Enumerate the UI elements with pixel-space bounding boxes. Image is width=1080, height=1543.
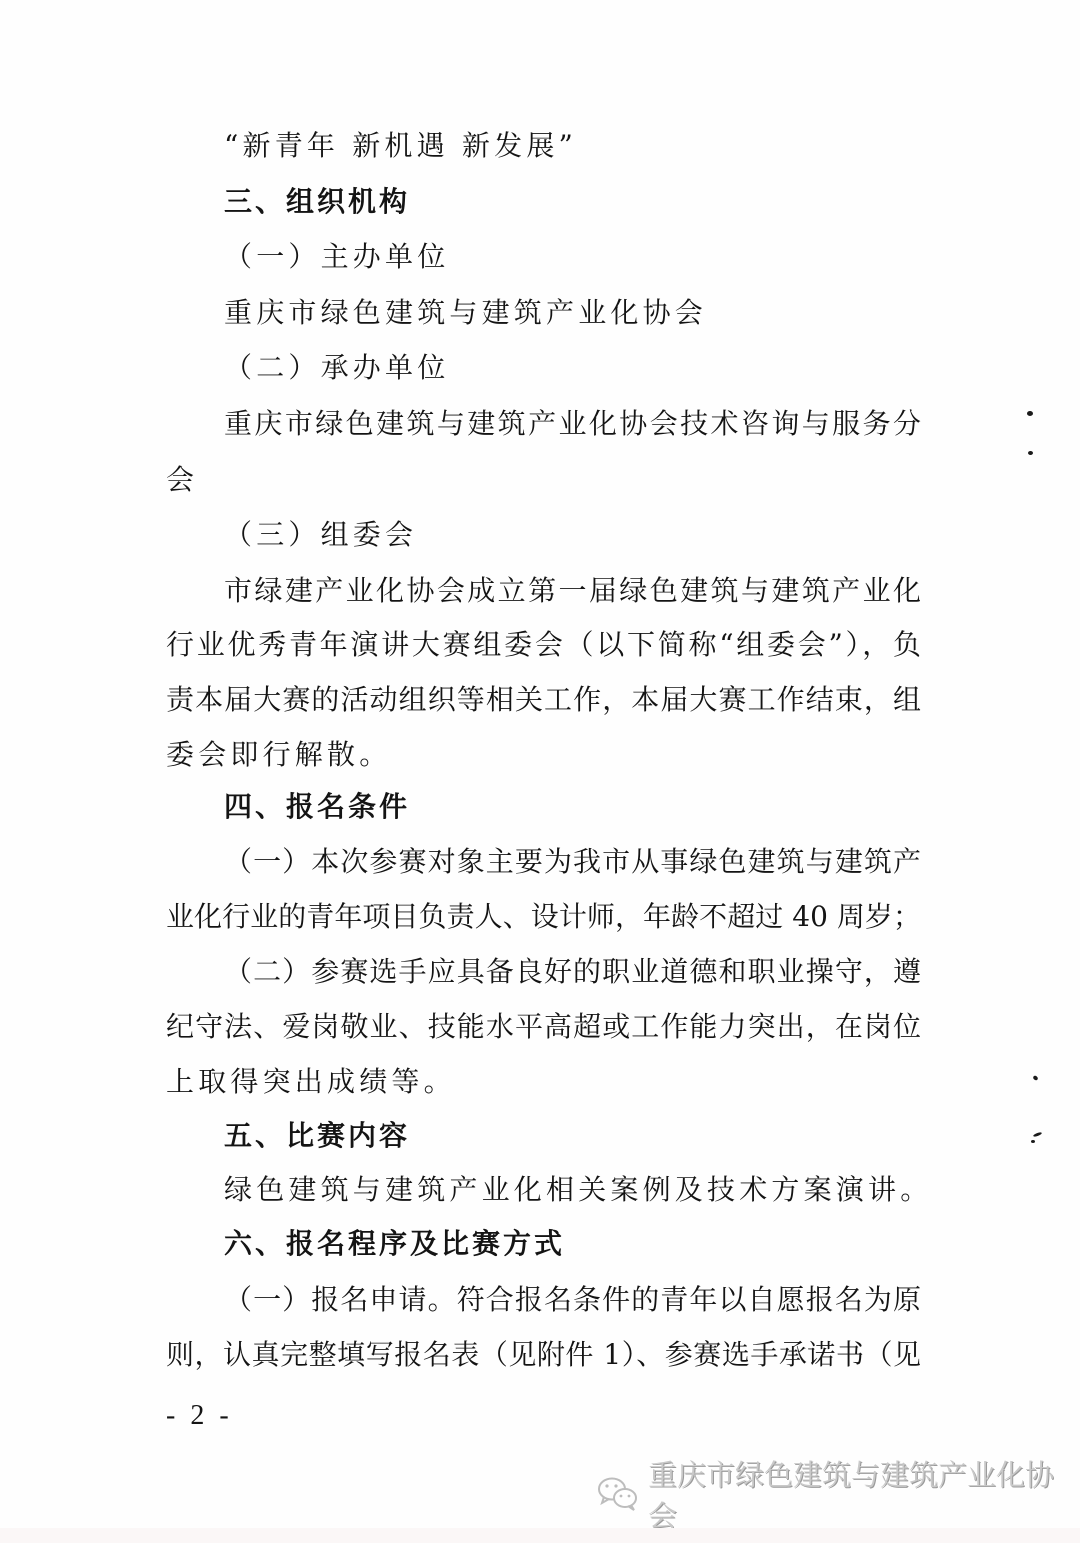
scan-speck bbox=[1033, 1132, 1042, 1138]
procedure-1-line-1: （一）报名申请。符合报名条件的青年以自愿报名为原 bbox=[224, 1282, 921, 1318]
watermark-text: 重庆市绿色建筑与建筑产业化协会 bbox=[648, 1453, 1080, 1535]
eligibility-1-line-2: 业化行业的青年项目负责人、设计师，年龄不超过 40 周岁； bbox=[166, 899, 921, 935]
content-description: 绿色建筑与建筑产业化相关案例及技术方案演讲。 bbox=[224, 1172, 984, 1208]
committee-paragraph-line-1: 市绿建产业化协会成立第一届绿色建筑与建筑产业化 bbox=[224, 573, 921, 609]
section-heading-procedure: 六、报名程序及比赛方式 bbox=[224, 1226, 984, 1262]
scan-speck bbox=[1032, 1075, 1038, 1081]
organizer-line-1: 重庆市绿色建筑与建筑产业化协会技术咨询与服务分 bbox=[224, 406, 921, 442]
section-heading-content: 五、比赛内容 bbox=[224, 1118, 984, 1154]
committee-paragraph-line-3: 责本届大赛的活动组织等相关工作，本届大赛工作结束，组 bbox=[166, 682, 921, 718]
subheading-committee: （三）组委会 bbox=[224, 517, 984, 553]
procedure-1-line-2: 则，认真完整填写报名表（见附件 1）、参赛选手承诺书（见 bbox=[166, 1337, 921, 1373]
subheading-host: （一）主办单位 bbox=[224, 239, 984, 275]
section-heading-eligibility: 四、报名条件 bbox=[224, 789, 984, 825]
eligibility-2-line-2: 纪守法、爱岗敬业、技能水平高超或工作能力突出，在岗位 bbox=[166, 1009, 921, 1045]
section-heading-organization: 三、组织机构 bbox=[224, 184, 984, 220]
eligibility-2-line-3: 上取得突出成绩等。 bbox=[166, 1064, 926, 1100]
committee-paragraph-line-2: 行业优秀青年演讲大赛组委会（以下简称“组委会”），负 bbox=[166, 627, 921, 663]
slogan-line: “新青年 新机遇 新发展” bbox=[224, 128, 984, 164]
page-number: - 2 - bbox=[166, 1398, 233, 1434]
wechat-watermark: 重庆市绿色建筑与建筑产业化协会 bbox=[596, 1472, 1080, 1516]
eligibility-1-line-1: （一）本次参赛对象主要为我市从事绿色建筑与建筑产 bbox=[224, 844, 921, 880]
subheading-organizer: （二）承办单位 bbox=[224, 350, 984, 386]
bottom-edge bbox=[0, 1528, 1080, 1543]
host-organization: 重庆市绿色建筑与建筑产业化协会 bbox=[224, 295, 984, 331]
eligibility-2-line-1: （二）参赛选手应具备良好的职业道德和职业操守，遵 bbox=[224, 954, 921, 990]
document-page: “新青年 新机遇 新发展” 三、组织机构 （一）主办单位 重庆市绿色建筑与建筑产… bbox=[0, 0, 1080, 1543]
scan-speck bbox=[1027, 411, 1033, 416]
scan-speck bbox=[1028, 451, 1033, 455]
committee-paragraph-line-4: 委会即行解散。 bbox=[166, 737, 926, 773]
organizer-line-2: 会 bbox=[166, 462, 926, 498]
wechat-icon bbox=[596, 1474, 642, 1514]
scan-speck bbox=[1031, 1140, 1035, 1143]
